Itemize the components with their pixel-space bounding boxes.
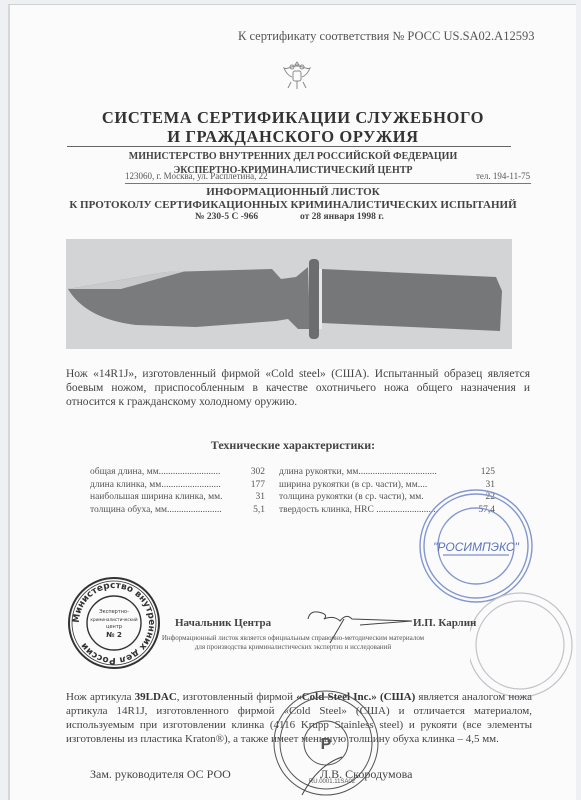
chief-name: И.П. Карлин — [413, 617, 476, 629]
ministry-name: МИНИСТЕРСТВО ВНУТРЕННИХ ДЕЛ РОССИЙСКОЙ Ф… — [10, 150, 576, 164]
system-title: СИСТЕМА СЕРТИФИКАЦИИ СЛУЖЕБНОГО И ГРАЖДА… — [10, 108, 576, 146]
spec-value: 177 — [238, 479, 265, 492]
mvd-stamp-text: криминалистический — [90, 617, 138, 622]
divider — [125, 183, 531, 184]
protocol-number: № 230-5 С -966 — [195, 212, 258, 222]
deputy-label: Зам. руководителя ОС РОО — [90, 767, 231, 782]
spec-label: длина клинка, мм........................… — [90, 479, 238, 492]
knife-photo — [66, 239, 512, 349]
address: 123060, г. Москва, ул. Расплетина, 22 — [125, 171, 268, 181]
note-line: для производства криминалистических эксп… — [10, 643, 576, 652]
spec-value: 125 — [459, 466, 495, 479]
divider — [67, 146, 511, 147]
rosimpex-stamp-icon: "РОСИМПЭКС" — [417, 487, 535, 605]
spec-label: толщина обуха, мм....................... — [90, 504, 238, 517]
spec-label: общая длина, мм.........................… — [90, 466, 238, 479]
mvd-stamp-icon: Министерство внутренних дел России Экспе… — [66, 575, 162, 671]
chief-label: Начальник Центра — [175, 617, 271, 629]
protocol-date: от 28 января 1998 г. — [300, 212, 384, 222]
certification-stamp-icon: Р RU.0001.11SA02 — [272, 685, 380, 800]
phone: тел. 194-11-75 — [476, 171, 530, 181]
info-sheet-subtitle: К ПРОТОКОЛУ СЕРТИФИКАЦИОННЫХ КРИМИНАЛИСТ… — [10, 199, 576, 212]
system-title-line1: СИСТЕМА СЕРТИФИКАЦИИ СЛУЖЕБНОГО — [10, 108, 576, 127]
spec-value: 302 — [238, 466, 265, 479]
system-title-line2: И ГРАЖДАНСКОГО ОРУЖИЯ — [10, 127, 576, 146]
info-sheet-note: Информационный листок является официальн… — [10, 634, 576, 652]
deputy-name: Л.В. Скородумова — [320, 767, 412, 782]
svg-text:Р: Р — [321, 736, 332, 753]
spec-value: 31 — [238, 491, 265, 504]
mvd-stamp-text: центр — [106, 624, 122, 630]
russian-coat-of-arms-icon — [282, 58, 312, 94]
certificate-reference: К сертификату соответствия № РОСС US.SA0… — [238, 29, 534, 44]
specs-title: Технические характеристики: — [10, 438, 576, 453]
rosimpex-stamp-text: "РОСИМПЭКС" — [433, 540, 519, 554]
spec-label: длина рукоятки, мм......................… — [279, 466, 459, 479]
certificate-page: К сертификату соответствия № РОСС US.SA0… — [8, 4, 576, 800]
spec-row: общая длина, мм.........................… — [90, 466, 510, 479]
analog-text: Нож артикула — [66, 691, 135, 703]
description: Нож «14R1J», изготовленный фирмой «Cold … — [66, 367, 530, 409]
info-sheet-heading: ИНФОРМАЦИОННЫЙ ЛИСТОК — [10, 186, 576, 199]
spec-label: наибольшая ширина клинка, мм. — [90, 491, 238, 504]
spec-value: 5,1 — [238, 504, 265, 517]
mvd-stamp-text: Экспертно- — [99, 609, 129, 615]
analog-article: 39LDAC — [135, 691, 177, 703]
note-line: Информационный листок является официальн… — [10, 634, 576, 643]
info-sheet-title: ИНФОРМАЦИОННЫЙ ЛИСТОК К ПРОТОКОЛУ СЕРТИФ… — [10, 186, 576, 212]
